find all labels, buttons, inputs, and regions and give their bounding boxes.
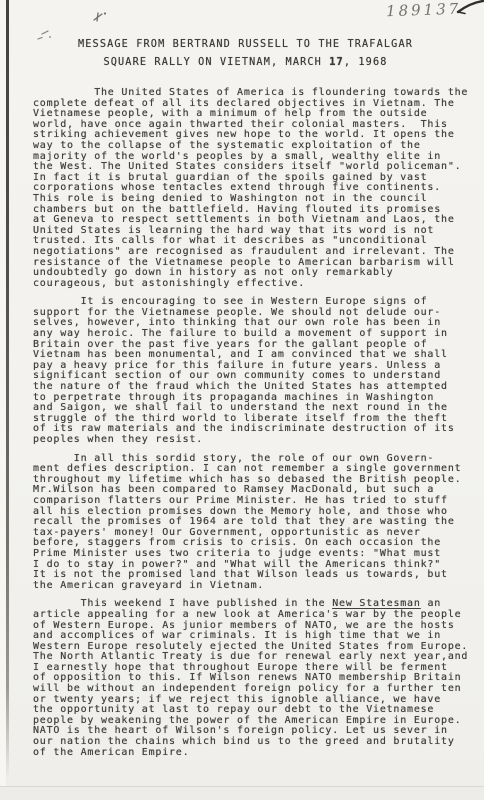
document-page: 189137 MESSAGE FROM BERTRAND RUSSELL TO … <box>0 0 484 800</box>
text-line: article appealing for a new look at Amer… <box>33 610 473 621</box>
text-line: courageous, but astonishingly effective. <box>33 279 473 290</box>
text-line: peoples when they resist. <box>33 435 473 446</box>
scan-edge-bottom-band <box>0 786 484 800</box>
text-line: comparison flatters our Prime Minister. … <box>33 496 473 507</box>
text-line: The United States of America is flounder… <box>33 88 473 99</box>
title-line-1: MESSAGE FROM BERTRAND RUSSELL TO THE TRA… <box>33 39 458 50</box>
scan-edge-left-line <box>6 0 9 780</box>
paragraph: The United States of America is flounder… <box>33 88 473 289</box>
paragraph: It is encouraging to see in Western Euro… <box>33 297 473 445</box>
underlined-phrase: New Statesman <box>332 598 420 609</box>
paragraph: This weekend I have published in the New… <box>33 599 473 758</box>
text-line: Prime Minister uses two criteria to judg… <box>33 549 473 560</box>
text-line: the American graveyard in Vietnam. <box>33 581 473 592</box>
document-body: The United States of America is flounder… <box>33 88 473 766</box>
paragraph: In all this sordid story, the role of ou… <box>33 454 473 592</box>
archive-number-handwritten: 189137 <box>386 0 462 20</box>
text-line: of the American Empire. <box>33 748 473 759</box>
text-line: way to the collapse of the systematic ex… <box>33 141 473 152</box>
document-title: MESSAGE FROM BERTRAND RUSSELL TO THE TRA… <box>33 39 458 75</box>
text-line: negotiations" are recognised as fraudule… <box>33 247 473 258</box>
title-line-2: SQUARE RALLY ON VIETNAM, MARCH 17, 1968 <box>33 57 458 68</box>
text-line: This role is being denied to Washington … <box>33 194 473 205</box>
